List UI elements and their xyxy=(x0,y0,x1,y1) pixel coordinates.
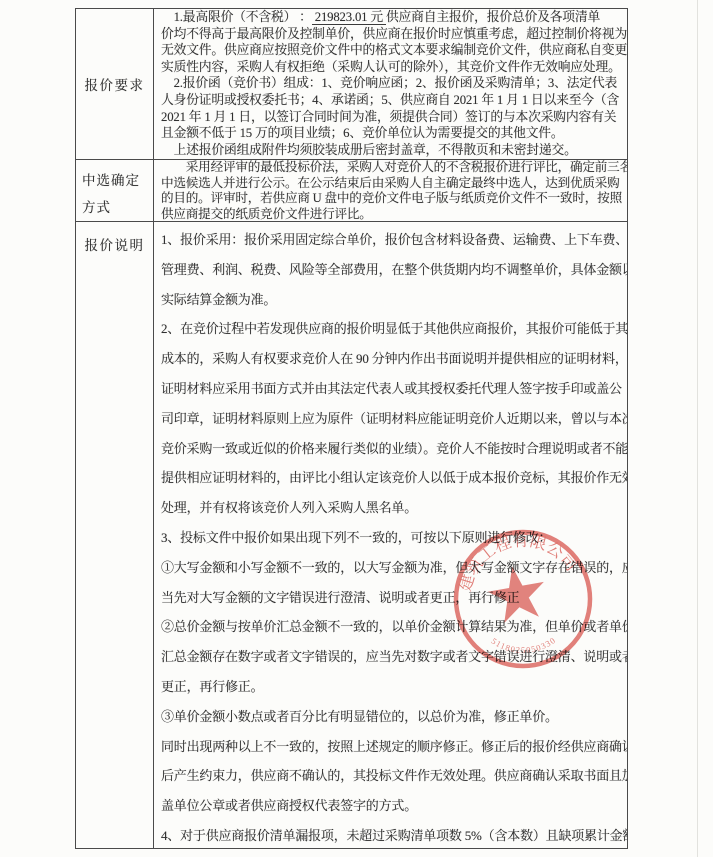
text-line: 实际结算金额为准。 xyxy=(161,285,623,315)
text-line: 1、报价采用：报价采用固定综合单价，报价包含材料设备费、运输费、上下车费、 xyxy=(161,225,623,255)
text-line: 处理，并有权将该竞价人列入采购人黑名单。 xyxy=(161,493,623,523)
quotation-notes-text: 1、报价采用：报价采用固定综合单价，报价包含材料设备费、运输费、上下车费、管理费… xyxy=(154,222,627,848)
text-segment: 供应商自主报价，报价总价及各项清单 xyxy=(386,10,600,24)
text-line: 后产生约束力，供应商不确认的，其投标文件作无效处理。供应商确认采取书面且加 xyxy=(161,761,623,791)
row-label-quotation-notes: 报价说明 xyxy=(76,222,154,848)
max-price-underlined-value: 219823.01 元 xyxy=(312,10,386,25)
text-line: 1.最高限价（不含税） ： 219823.01 元 供应商自主报价，报价总价及各… xyxy=(161,9,623,26)
text-line: 汇总金额存在数字或者文字错误的，应当先对数字或者文字错误进行澄清、说明或者 xyxy=(161,642,623,672)
text-line: 价均不得高于最高限价及控制单价，供应商在报价时应慎重考虑，超过控制价将视为 xyxy=(161,26,623,43)
text-line: 中选候选人并进行公示。在公示结束后由采购人自主确定最终中选人，达到优质采购 xyxy=(161,176,623,192)
text-line: 实质性内容，采购人有权拒绝（采购人认可的除外），其竞价文件作无效响应处理。 xyxy=(161,59,623,76)
text-line: 供应商提交的纸质竞价文件进行评比。 xyxy=(161,207,623,222)
text-line: 提供相应证明材料的，由评比小组认定该竞价人以低于成本报价竞标，其报价作无效 xyxy=(161,463,623,493)
text-line: ③单价金额小数点或者百分比有明显错位的，以总价为准，修正单价。 xyxy=(161,702,623,732)
text-line: 盖单位公章或者供应商授权代表签字的方式。 xyxy=(161,791,623,821)
text-line: 管理费、利润、税费、风险等全部费用，在整个供货期内均不调整单价，具体金额以 xyxy=(161,255,623,285)
table-row: 中选确定方式 采用经评审的最低投标价法，采购人对竞价人的不含税报价进行评比，确定… xyxy=(76,159,627,221)
text-line: ①大写金额和小写金额不一致的，以大写金额为准，但大写金额文字存在错误的，应 xyxy=(161,553,623,583)
text-line: 2021 年 1 月 1 日，以签订合同时间为准，须提供合同）签订的与本次采购内… xyxy=(161,109,623,126)
text-line: 竞价采购一致或近似的价格来履行类似的业绩）。竞价人不能按时合理说明或者不能 xyxy=(161,434,623,464)
selection-method-text: 采用经评审的最低投标价法，采购人对竞价人的不含税报价进行评比，确定前三名中选候选… xyxy=(154,160,627,221)
text-segment: 1.最高限价（不含税） ： xyxy=(161,10,312,24)
row-label-quotation-requirements: 报价要求 xyxy=(76,9,154,159)
text-line: 当先对大写金额的文字错误进行澄清、说明或者更正，再行修正 xyxy=(161,583,623,613)
text-line: 无效文件。供应商应按照竞价文件中的格式文本要求编制竞价文件，供应商私自变更 xyxy=(161,42,623,59)
text-line: 2.报价函（竞价书）组成：1、竞价响应函；2、报价函及采购清单；3、法定代表 xyxy=(161,75,623,92)
text-line: 同时出现两种以上不一致的，按照上述规定的顺序修正。修正后的报价经供应商确认 xyxy=(161,732,623,762)
bid-info-table: 报价要求 1.最高限价（不含税） ： 219823.01 元 供应商自主报价，报… xyxy=(75,8,628,849)
table-row: 报价说明 1、报价采用：报价采用固定综合单价，报价包含材料设备费、运输费、上下车… xyxy=(76,221,627,848)
text-line: 2、在竞价过程中若发现供应商的报价明显低于其他供应商报价，其报价可能低于其 xyxy=(161,314,623,344)
text-line: 司印章，证明材料原则上应为原件（证明材料应能证明竞价人近期以来，曾以与本次 xyxy=(161,404,623,434)
scan-edge-artifact xyxy=(697,0,698,857)
text-line: 更正，再行修正。 xyxy=(161,672,623,702)
text-line: 4、对于供应商报价清单漏报项，未超过采购清单项数 5%（含本数）且缺项累计金额 xyxy=(161,821,623,848)
text-line: ②总价金额与按单价汇总金额不一致的，以单价金额计算结果为准，但单价或者单价 xyxy=(161,612,623,642)
text-line: 成本的，采购人有权要求竞价人在 90 分钟内作出书面说明并提供相应的证明材料， xyxy=(161,344,623,374)
row-label-selection-method: 中选确定方式 xyxy=(76,160,154,221)
text-line: 的目的。评审时，若供应商 U 盘中的竞价文件电子版与纸质竞价文件不一致时，按照 xyxy=(161,191,623,207)
table-row: 报价要求 1.最高限价（不含税） ： 219823.01 元 供应商自主报价，报… xyxy=(76,9,627,159)
text-line: 证明材料应采用书面方式并由其法定代表人或其授权委托代理人签字按手印或盖公 xyxy=(161,374,623,404)
text-line: 且金额不低于 15 万的项目业绩；6、竞价单位认为需要提交的其他文件。 xyxy=(161,125,623,142)
text-line: 人身份证明或授权委托书；4、承诺函；5、供应商自 2021 年 1 月 1 日以… xyxy=(161,92,623,109)
text-line: 上述报价函组成附件均须胶装成册后密封盖章，不得散页和未密封递交。 xyxy=(161,142,623,159)
quotation-requirements-text: 1.最高限价（不含税） ： 219823.01 元 供应商自主报价，报价总价及各… xyxy=(154,9,627,159)
text-line: 采用经评审的最低投标价法，采购人对竞价人的不含税报价进行评比，确定前三名 xyxy=(161,160,623,176)
text-line: 3、投标文件中报价如果出现下列不一致的，可按以下原则进行修改： xyxy=(161,523,623,553)
scanned-document-page: 报价要求 1.最高限价（不含税） ： 219823.01 元 供应商自主报价，报… xyxy=(0,0,713,857)
